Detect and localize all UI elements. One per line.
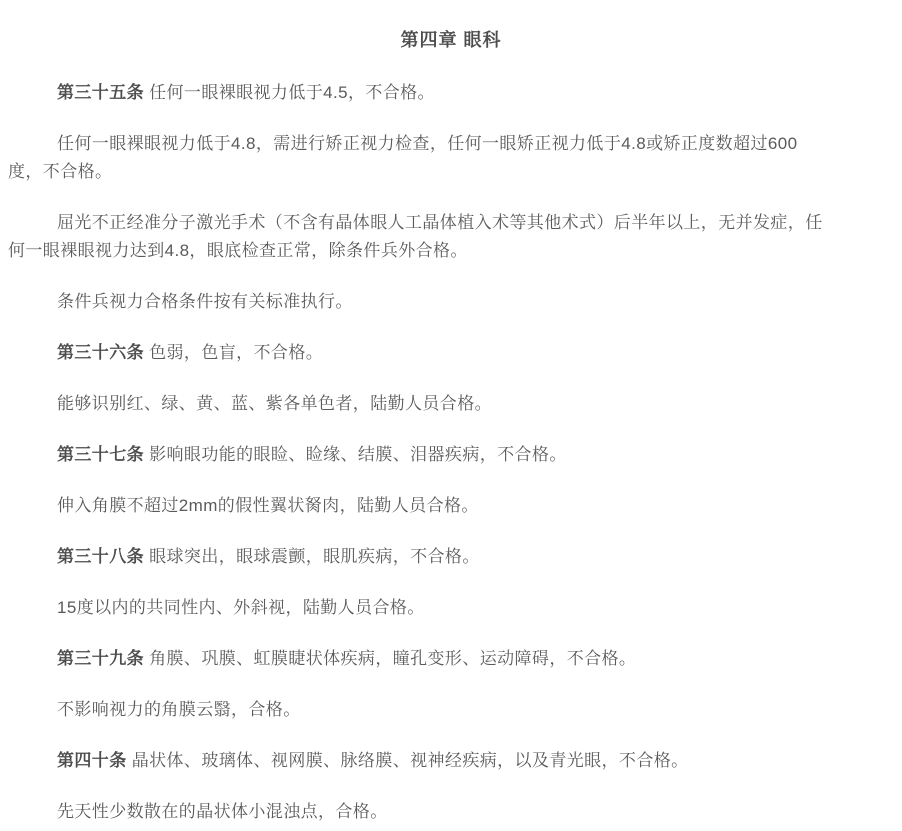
- paragraph-text: 角膜、巩膜、虹膜睫状体疾病，瞳孔变形、运动障碍，不合格。: [144, 649, 636, 668]
- article-number: 第三十九条: [57, 649, 144, 668]
- paragraph-text: 任何一眼裸眼视力低于4.8，需进行矫正视力检查，任何一眼矫正视力低于4.8或矫正…: [8, 134, 797, 181]
- document-body: 第四章 眼科 第三十五条 任何一眼裸眼视力低于4.5，不合格。 任何一眼裸眼视力…: [0, 0, 902, 831]
- paragraph-text: 伸入角膜不超过2mm的假性翼状胬肉，陆勤人员合格。: [57, 496, 479, 515]
- paragraph-list: 第三十五条 任何一眼裸眼视力低于4.5，不合格。 任何一眼裸眼视力低于4.8，需…: [8, 79, 894, 826]
- paragraph: 条件兵视力合格条件按有关标准执行。: [8, 288, 894, 316]
- paragraph-text: 影响眼功能的眼睑、睑缘、结膜、泪器疾病，不合格。: [144, 445, 567, 464]
- paragraph-text: 晶状体、玻璃体、视网膜、脉络膜、视神经疾病，以及青光眼，不合格。: [127, 751, 689, 770]
- paragraph: 伸入角膜不超过2mm的假性翼状胬肉，陆勤人员合格。: [8, 492, 894, 520]
- paragraph-text: 15度以内的共同性内、外斜视，陆勤人员合格。: [57, 598, 425, 617]
- paragraph: 第四十条 晶状体、玻璃体、视网膜、脉络膜、视神经疾病，以及青光眼，不合格。: [8, 747, 894, 775]
- paragraph: 屈光不正经准分子激光手术（不含有晶体眼人工晶体植入术等其他术式）后半年以上，无并…: [8, 209, 894, 265]
- article-number: 第三十七条: [57, 445, 144, 464]
- article-number: 第三十八条: [57, 547, 144, 566]
- paragraph-text: 眼球突出，眼球震颤，眼肌疾病，不合格。: [144, 547, 480, 566]
- article-number: 第四十条: [57, 751, 127, 770]
- paragraph: 不影响视力的角膜云翳，合格。: [8, 696, 894, 724]
- paragraph: 第三十九条 角膜、巩膜、虹膜睫状体疾病，瞳孔变形、运动障碍，不合格。: [8, 645, 894, 673]
- paragraph: 15度以内的共同性内、外斜视，陆勤人员合格。: [8, 594, 894, 622]
- paragraph-text: 屈光不正经准分子激光手术（不含有晶体眼人工晶体植入术等其他术式）后半年以上，无并…: [8, 213, 823, 260]
- article-number: 第三十六条: [57, 343, 144, 362]
- paragraph-text: 色弱，色盲，不合格。: [144, 343, 323, 362]
- paragraph: 第三十五条 任何一眼裸眼视力低于4.5，不合格。: [8, 79, 894, 107]
- paragraph: 第三十八条 眼球突出，眼球震颤，眼肌疾病，不合格。: [8, 543, 894, 571]
- chapter-title: 第四章 眼科: [8, 26, 894, 54]
- paragraph-text: 任何一眼裸眼视力低于4.5，不合格。: [144, 83, 435, 102]
- paragraph: 先天性少数散在的晶状体小混浊点，合格。: [8, 798, 894, 826]
- paragraph: 任何一眼裸眼视力低于4.8，需进行矫正视力检查，任何一眼矫正视力低于4.8或矫正…: [8, 130, 894, 186]
- paragraph: 能够识别红、绿、黄、蓝、紫各单色者，陆勤人员合格。: [8, 390, 894, 418]
- paragraph-text: 不影响视力的角膜云翳，合格。: [57, 700, 301, 719]
- paragraph-text: 先天性少数散在的晶状体小混浊点，合格。: [57, 802, 388, 821]
- article-number: 第三十五条: [57, 83, 144, 102]
- paragraph-text: 能够识别红、绿、黄、蓝、紫各单色者，陆勤人员合格。: [57, 394, 492, 413]
- paragraph-text: 条件兵视力合格条件按有关标准执行。: [57, 292, 353, 311]
- paragraph: 第三十七条 影响眼功能的眼睑、睑缘、结膜、泪器疾病，不合格。: [8, 441, 894, 469]
- paragraph: 第三十六条 色弱，色盲，不合格。: [8, 339, 894, 367]
